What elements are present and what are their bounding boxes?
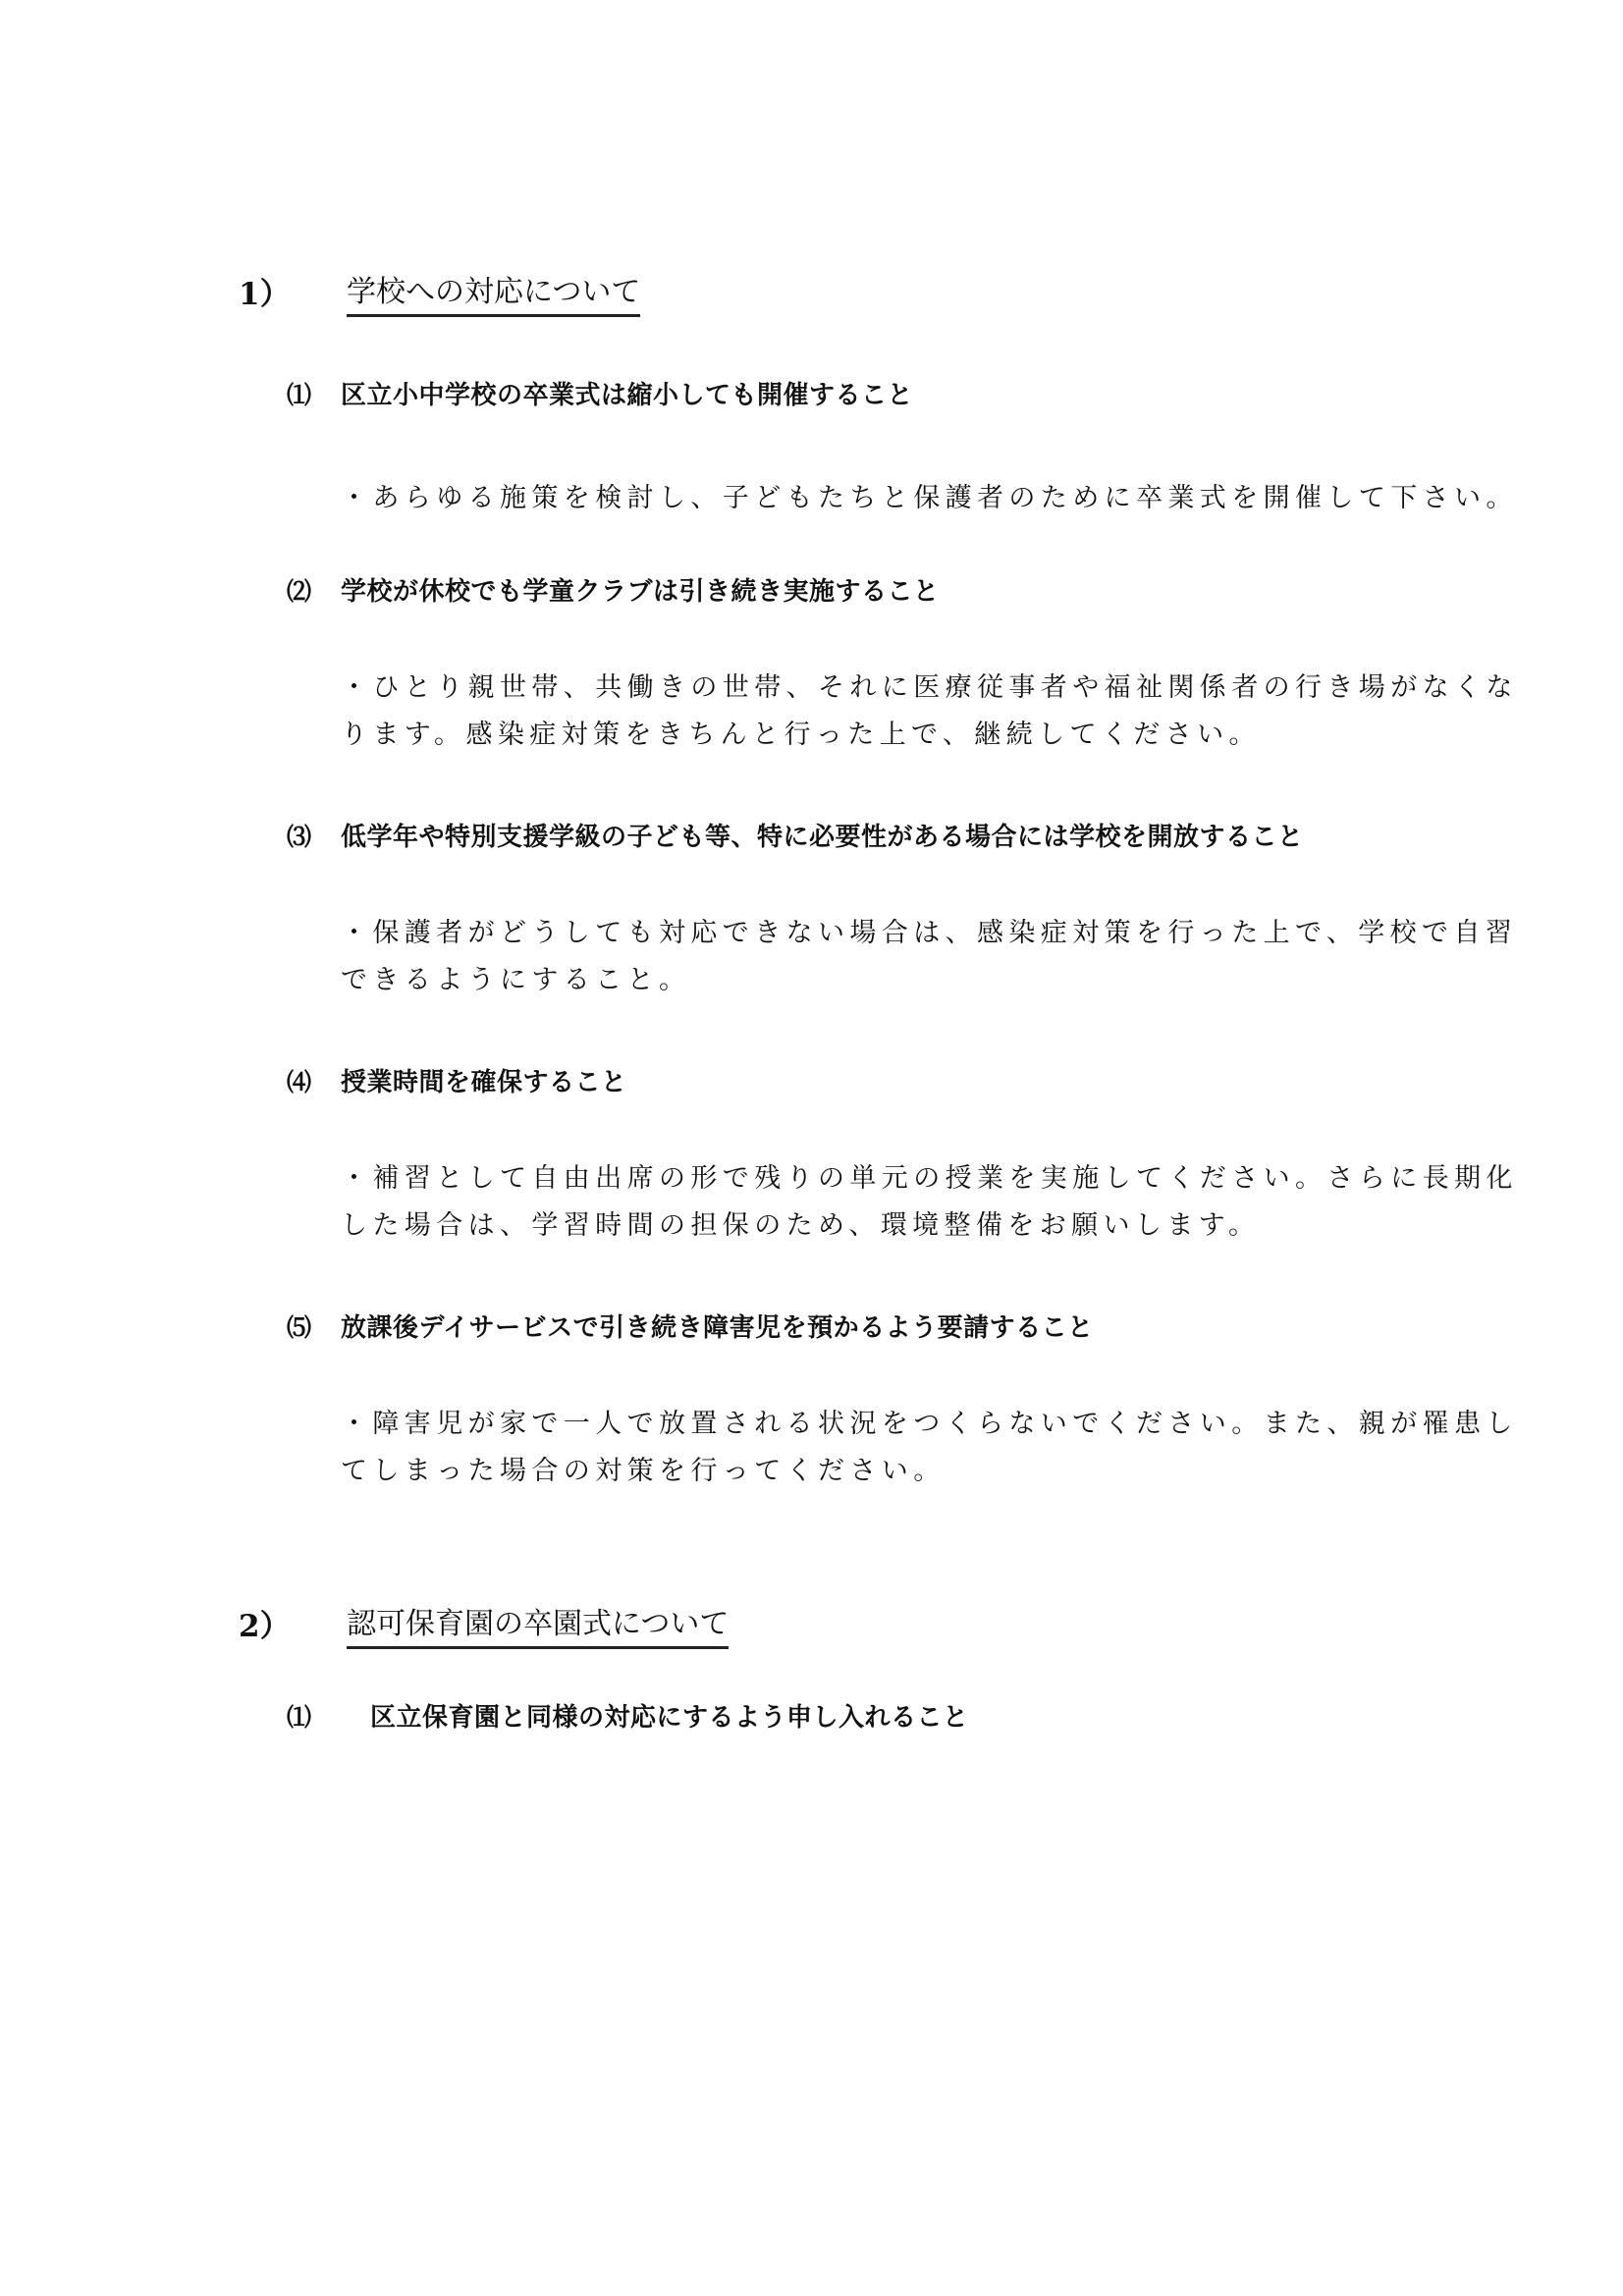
section-2-title: 認可保育園の卒園式について xyxy=(347,1605,729,1649)
item-1-4-body-line-2: した場合は、学習時間の担保のため、環境整備をお願いします。 xyxy=(341,1208,1260,1244)
section-1-title: 学校への対応について xyxy=(347,273,640,317)
item-1-1-body-line-1: ・あらゆる施策を検討し、子どもたちと保護者のために卒業式を開催して下さい。 xyxy=(341,481,1518,516)
item-1-3-title: 低学年や特別支援学級の子ども等、特に必要性がある場合には学校を開放すること xyxy=(341,820,1304,855)
item-1-2-body-line-1: ・ひとり親世帯、共働きの世帯、それに医療従事者や福祉関係者の行き場がなくな xyxy=(341,670,1518,706)
item-1-4-number: ⑷ xyxy=(287,1065,311,1100)
item-1-4-title: 授業時間を確保すること xyxy=(341,1065,627,1100)
section-1-number: 1） xyxy=(239,275,291,314)
item-1-5-body-line-2: てしまった場合の対策を行ってください。 xyxy=(341,1454,946,1489)
item-1-5-number: ⑸ xyxy=(287,1310,311,1346)
item-1-2-number: ⑵ xyxy=(287,574,311,610)
item-2-1-title: 区立保育園と同様の対応にするよう申し入れること xyxy=(370,1700,969,1735)
item-1-5-body-line-1: ・障害児が家で一人で放置される状況をつくらないでください。また、親が罹患し xyxy=(341,1407,1518,1442)
item-1-2-body-line-2: ります。感染症対策をきちんと行った上で、継続してください。 xyxy=(341,718,1261,753)
item-1-2-title: 学校が休校でも学童クラブは引き続き実施すること xyxy=(341,574,940,610)
item-1-4-body-line-1: ・補習として自由出席の形で残りの単元の授業を実施してください。さらに長期化 xyxy=(341,1161,1518,1197)
item-1-3-body-line-1: ・保護者がどうしても対応できない場合は、感染症対策を行った上で、学校で自習 xyxy=(341,916,1517,951)
item-2-1-number: ⑴ xyxy=(287,1700,311,1735)
section-2-number: 2） xyxy=(239,1607,291,1646)
item-1-3-body-line-2: できるようにすること。 xyxy=(341,963,690,998)
item-1-5-title: 放課後デイサービスで引き続き障害児を預かるよう要請すること xyxy=(341,1310,1094,1346)
item-1-3-number: ⑶ xyxy=(287,820,311,855)
item-1-1-title: 区立小中学校の卒業式は縮小しても開催すること xyxy=(341,378,913,413)
item-1-1-number: ⑴ xyxy=(287,378,311,413)
